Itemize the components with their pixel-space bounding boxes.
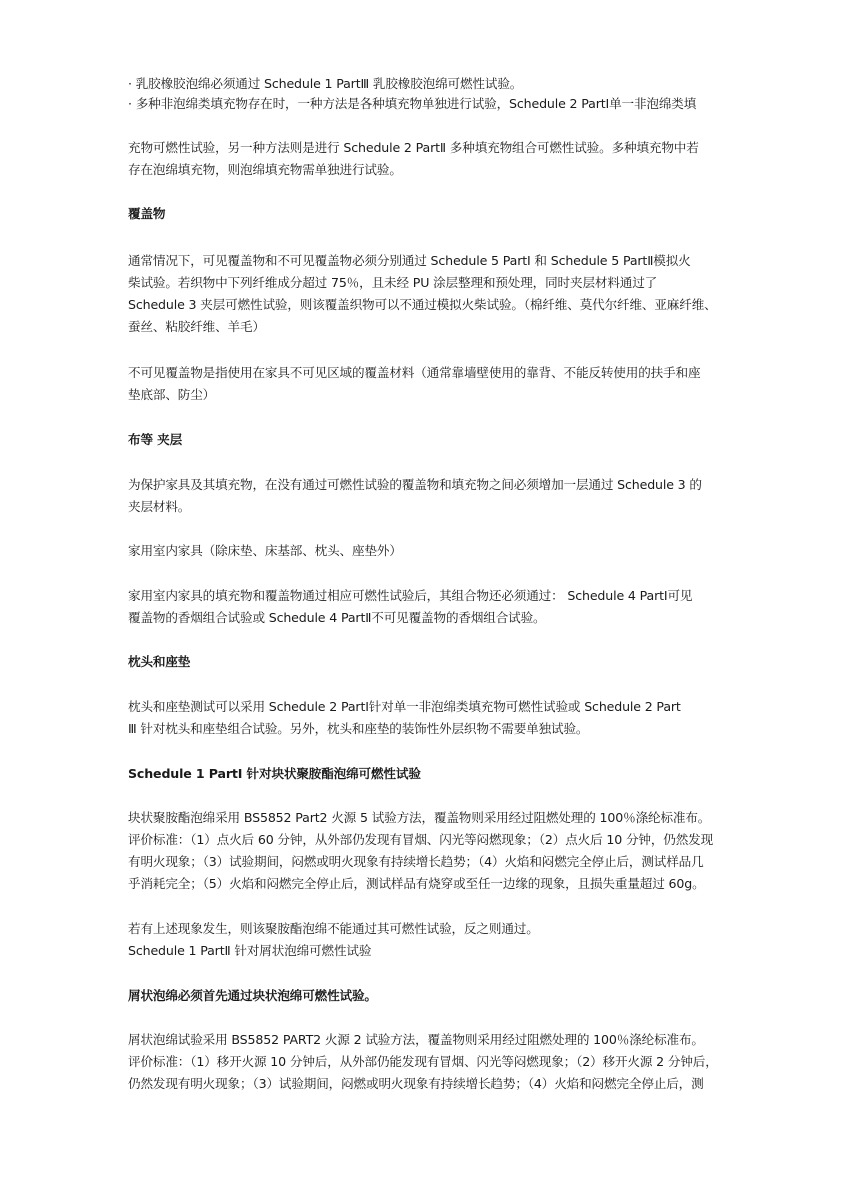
- paragraph-line: 若有上述现象发生，则该聚胺酯泡绵不能通过其可燃性试验，反之则通过。: [128, 918, 539, 940]
- paragraph-line: 蚕丝、粘胶纤维、羊毛）: [128, 316, 265, 338]
- bullet-latex-foam: · 乳胶橡胶泡绵必须通过 Schedule 1 PartⅢ 乳胶橡胶泡绵可燃性试…: [128, 73, 522, 95]
- paragraph-line: 覆盖物的香烟组合试验或 Schedule 4 PartⅡ不可见覆盖物的香烟组合试…: [128, 607, 546, 629]
- paragraph-line: 评价标准：（1）点火后 60 分钟，从外部仍发现有冒烟、闪光等闷燃现象；（2）点…: [128, 829, 713, 851]
- paragraph-line: 评价标准：（1）移开火源 10 分钟后，从外部仍能发现有冒烟、闪光等闷燃现象；（…: [128, 1051, 718, 1073]
- bullet-non-foam-fillings: · 多种非泡绵类填充物存在时，一种方法是各种填充物单独进行试验，Schedule…: [128, 93, 696, 115]
- paragraph-line: 通常情况下，可见覆盖物和不可见覆盖物必须分别通过 Schedule 5 Part…: [128, 250, 691, 272]
- paragraph-line: 屑状泡绵试验采用 BS5852 PART2 火源 2 试验方法，覆盖物则采用经过…: [128, 1029, 704, 1051]
- paragraph-line: Ⅲ 针对枕头和座垫组合试验。另外，枕头和座垫的装饰性外层织物不需要单独试验。: [128, 718, 588, 740]
- paragraph-line: 存在泡绵填充物，则泡绵填充物需单独进行试验。: [128, 159, 402, 181]
- paragraph-line: 乎消耗完全；（5）火焰和闷燃完全停止后，测试样品有烧穿或至任一边缘的现象，且损失…: [128, 873, 705, 895]
- paragraph-line: 有明火现象；（3）试验期间，闷燃或明火现象有持续增长趋势；（4）火焰和闷燃完全停…: [128, 851, 704, 873]
- paragraph-line: 柴试验。若织物中下列纤维成分超过 75％，且未经 PU 涂层整理和预处理，同时夹…: [128, 272, 657, 294]
- paragraph-line: 夹层材料。: [128, 496, 190, 518]
- paragraph-line: 仍然发现有明火现象；（3）试验期间，闷燃或明火现象有持续增长趋势；（4）火焰和闷…: [128, 1073, 704, 1095]
- paragraph-line: 不可见覆盖物是指使用在家具不可见区域的覆盖材料（通常靠墙壁使用的靠背、不能反转使…: [128, 362, 700, 384]
- heading-interliner: 布等 夹层: [128, 429, 182, 451]
- paragraph-line: Schedule 1 PartⅡ 针对屑状泡绵可燃性试验: [128, 940, 371, 962]
- paragraph-line: 家用室内家具（除床垫、床基部、枕头、座垫外）: [128, 540, 402, 562]
- heading-crumb-foam: 屑状泡绵必须首先通过块状泡绵可燃性试验。: [128, 985, 377, 1007]
- paragraph-line: 充物可燃性试验，另一种方法则是进行 Schedule 2 PartⅡ 多种填充物…: [128, 137, 699, 159]
- paragraph-line: 垫底部、防尘）: [128, 384, 215, 406]
- paragraph-line: 块状聚胺酯泡绵采用 BS5852 Part2 火源 5 试验方法，覆盖物则采用经…: [128, 807, 710, 829]
- heading-cover-materials: 覆盖物: [128, 203, 165, 225]
- paragraph-line: 为保护家具及其填充物，在没有通过可燃性试验的覆盖物和填充物之间必须增加一层通过 …: [128, 474, 702, 496]
- paragraph-line: Schedule 3 夹层可燃性试验，则该覆盖织物可以不通过模拟火柴试验。（棉纤…: [128, 294, 717, 316]
- paragraph-line: 枕头和座垫测试可以采用 Schedule 2 PartⅠ针对单一非泡绵类填充物可…: [128, 696, 681, 718]
- heading-schedule-1-part-1: Schedule 1 PartⅠ 针对块状聚胺酯泡绵可燃性试验: [128, 763, 421, 785]
- heading-pillows-cushions: 枕头和座垫: [128, 651, 190, 673]
- paragraph-line: 家用室内家具的填充物和覆盖物通过相应可燃性试验后，其组合物还必须通过： Sche…: [128, 585, 692, 607]
